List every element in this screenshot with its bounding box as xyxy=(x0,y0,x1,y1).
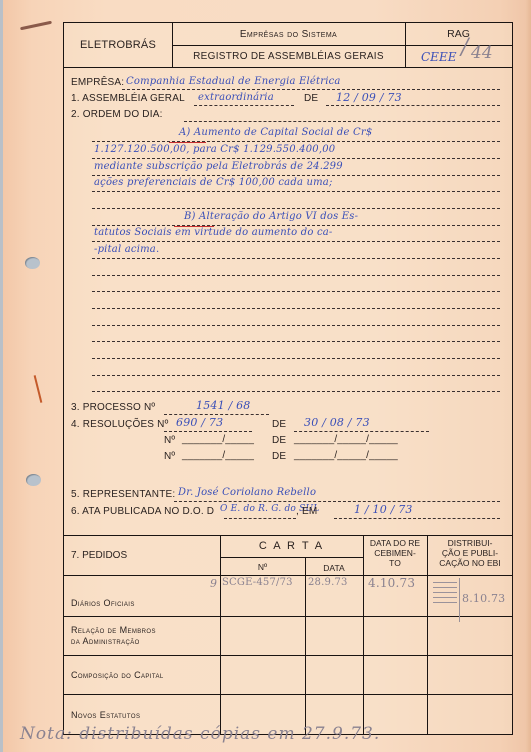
org-name: ELETROBRÁS xyxy=(64,23,173,67)
ordem-line-10 xyxy=(92,291,500,292)
rag-slash: / xyxy=(461,35,468,60)
ata-date-line xyxy=(334,518,500,519)
ordem-text-3[interactable]: mediante subscrição pela Eletrobrás de 2… xyxy=(94,161,343,172)
ordem-line-0 xyxy=(184,121,500,122)
carta-data-value[interactable]: 28.9.73 xyxy=(308,577,348,588)
carta-header: C A R T A xyxy=(220,541,363,551)
ordem-line-12 xyxy=(92,325,500,326)
row-label-membros: Relação de Membros da Administração xyxy=(71,625,156,647)
representante-value[interactable]: Dr. José Coriolano Rebello xyxy=(178,487,316,498)
ordem-line-13 xyxy=(92,341,500,342)
ordem-line-6 xyxy=(92,225,500,226)
empresa-label: EMPRÊSA: xyxy=(71,77,124,88)
col-divider-2 xyxy=(305,557,306,735)
ordem-line-16 xyxy=(92,391,500,392)
row-label-estatutos: Novos Estatutos xyxy=(71,710,140,721)
carta-data-header: DATA xyxy=(305,563,363,573)
de-label: DE xyxy=(304,93,318,104)
row-line-3 xyxy=(64,655,512,656)
assembleia-type[interactable]: extraordinária xyxy=(198,92,274,103)
punch-hole-bottom xyxy=(26,474,41,486)
assembleia-date[interactable]: 12 / 09 / 73 xyxy=(336,91,402,104)
ordem-line-14 xyxy=(92,358,500,359)
processo-line xyxy=(164,414,269,415)
resolucao-1-de-label: DE xyxy=(272,419,286,430)
handwritten-note: Nota: distribuídas cópias em 27.9.73. xyxy=(20,724,380,744)
assembleia-line xyxy=(194,105,294,106)
rag-number: 44 xyxy=(471,43,493,63)
resolucao-1-value[interactable]: 690 / 73 xyxy=(176,416,223,429)
ordem-text-2[interactable]: 1.127.120.500,00, para Cr$ 1.129.550.400… xyxy=(94,144,335,155)
recebimento-value[interactable]: 4.10.73 xyxy=(368,576,415,590)
assembleia-date-line xyxy=(326,105,500,106)
resolucao-2-no-label: Nº xyxy=(164,435,175,446)
ordem-line-9 xyxy=(92,275,500,276)
paper-edge xyxy=(0,0,3,752)
representante-label: 5. REPRESENTANTE: xyxy=(71,489,175,500)
ata-date[interactable]: 1 / 10 / 73 xyxy=(354,503,413,516)
carta-no-header: Nº xyxy=(220,562,305,572)
ordem-line-3 xyxy=(92,175,500,176)
ordem-line-4 xyxy=(92,191,500,192)
tear-mark xyxy=(20,21,52,31)
processo-value[interactable]: 1541 / 68 xyxy=(196,399,251,412)
ordem-line-5 xyxy=(92,208,500,209)
resolucao-3-de-label: DE xyxy=(272,451,286,462)
empresa-value[interactable]: Companhia Estadual de Energia Elétrica xyxy=(126,76,341,87)
rag-value: CEEE xyxy=(421,50,456,64)
punch-hole-top xyxy=(25,257,40,269)
resolucao-3-date-blank[interactable]: _______/_____/_____ xyxy=(294,450,398,461)
resolucao-1-line xyxy=(164,431,252,432)
empresa-line xyxy=(122,89,500,90)
resolucao-3-no-label: Nº xyxy=(164,451,175,462)
row-mark: 9 xyxy=(210,577,217,590)
rag-field[interactable]: CEEE / 44 xyxy=(405,45,512,67)
resolucao-1-date[interactable]: 30 / 08 / 73 xyxy=(304,416,370,429)
em-label: , EM xyxy=(296,506,317,517)
ordem-line-11 xyxy=(92,308,500,309)
resolucoes-label: 4. RESOLUÇÕES Nº xyxy=(71,419,168,430)
row-label-capital: Composição do Capital xyxy=(71,670,164,681)
representante-line xyxy=(174,501,500,502)
form-header: ELETROBRÁS Emprêsas do Sistema REGISTRO … xyxy=(64,23,512,68)
ordem-line-8 xyxy=(92,258,500,259)
resolucao-1-date-line xyxy=(294,431,429,432)
processo-label: 3. PROCESSO Nº xyxy=(71,402,155,413)
recebimento-header: DATA DO RE CEBIMEN- TO xyxy=(363,538,427,568)
ordem-line-15 xyxy=(92,375,500,376)
distribuicao-value[interactable]: 8.10.73 xyxy=(462,592,505,605)
distribuicao-scribble xyxy=(431,578,460,622)
ordem-item-b[interactable]: B) Alteração do Artigo VI dos Es- xyxy=(184,211,358,222)
ordem-line-7 xyxy=(92,241,500,242)
row-line-1 xyxy=(64,575,512,576)
staple-mark xyxy=(34,375,43,403)
header-title-bottom: REGISTRO DE ASSEMBLÉIAS GERAIS xyxy=(172,45,406,67)
paper-edge-shadow xyxy=(525,0,531,752)
ordem-item-a[interactable]: A) Aumento de Capital Social de Cr$ xyxy=(179,127,372,138)
carta-no-value[interactable]: SCGE-457/73 xyxy=(222,577,293,588)
ordem-line-2 xyxy=(92,158,500,159)
carta-subheader-line xyxy=(220,557,363,558)
assembly-registry-form: ELETROBRÁS Emprêsas do Sistema REGISTRO … xyxy=(63,22,513,735)
ordem-text-4[interactable]: ações preferenciais de Cr$ 100,00 cada u… xyxy=(94,177,333,188)
ordem-text-8[interactable]: -pital acima. xyxy=(94,244,159,255)
ordem-line-1 xyxy=(92,141,500,142)
ordem-label: 2. ORDEM DO DIA: xyxy=(71,109,163,120)
distribuicao-header: DISTRIBUI- ÇÃO E PUBLI- CAÇÃO NO EBI xyxy=(427,538,513,568)
ata-label: 6. ATA PUBLICADA NO D.O. D xyxy=(71,506,214,517)
ordem-text-7[interactable]: tatutos Sociais em virtude do aumento do… xyxy=(94,227,333,238)
row-label-diarios: Diários Oficiais xyxy=(71,598,135,609)
resolucao-2-blank[interactable]: _______/_____ xyxy=(182,434,254,445)
red-underline-a xyxy=(169,142,206,143)
pedidos-table: 7. PEDIDOS C A R T A Nº DATA DATA DO RE … xyxy=(64,535,512,735)
resolucao-2-de-label: DE xyxy=(272,435,286,446)
row-line-4 xyxy=(64,694,512,695)
rag-label: RAG xyxy=(405,23,512,46)
resolucao-3-blank[interactable]: _______/_____ xyxy=(182,450,254,461)
pedidos-label: 7. PEDIDOS xyxy=(71,551,127,561)
header-title-top: Emprêsas do Sistema xyxy=(172,23,406,46)
assembleia-label: 1. ASSEMBLÉIA GERAL xyxy=(71,93,185,104)
resolucao-2-date-blank[interactable]: _______/_____/_____ xyxy=(294,434,398,445)
ata-line xyxy=(224,518,296,519)
